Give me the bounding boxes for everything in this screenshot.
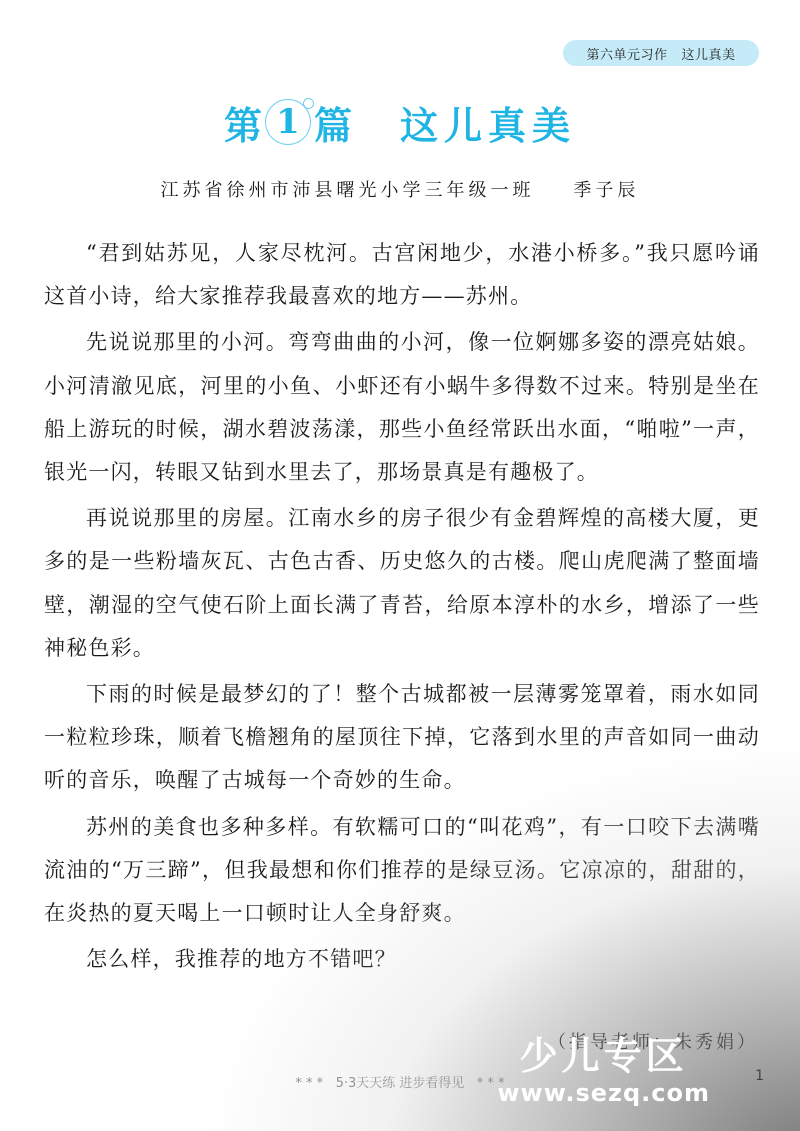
- watermark-name: 少儿专区: [497, 1034, 710, 1078]
- paragraph: 先说说那里的小河。弯弯曲曲的小河，像一位婀娜多姿的漂亮姑娘。小河清澈见底，河里的…: [44, 321, 760, 494]
- article-number: 1: [276, 102, 300, 142]
- title-suffix: 篇: [314, 95, 352, 150]
- page-number: 1: [755, 1068, 764, 1084]
- circle-dot-icon: [303, 98, 314, 109]
- paragraph: 苏州的美食也多种多样。有软糯可口的“叫花鸡”，有一口咬下去满嘴流油的“万三蹄”，…: [44, 806, 760, 936]
- watermark: 少儿专区 www.sezq.com: [497, 1034, 710, 1108]
- paragraph: 下雨的时候是最梦幻的了！整个古城都被一层薄雾笼罩着，雨水如同一粒粒珍珠，顺着飞檐…: [44, 673, 760, 803]
- title-prefix: 第: [224, 95, 262, 150]
- unit-header-badge: 第六单元习作 这儿真美: [563, 40, 759, 66]
- watermark-url: www.sezq.com: [497, 1078, 710, 1108]
- author-line: 江苏省徐州市沛县曙光小学三年级一班 季子辰: [0, 176, 800, 202]
- article-number-circle: 1: [265, 99, 311, 145]
- page-title: 第 1 篇 这儿真美: [0, 92, 800, 152]
- article-body: “君到姑苏见，人家尽枕河。古宫闲地少，水港小桥多。”我只愿吟诵这首小诗，给大家推…: [44, 232, 760, 984]
- paragraph: 再说说那里的房屋。江南水乡的房子很少有金碧辉煌的高楼大厦，更多的是一些粉墙灰瓦、…: [44, 497, 760, 670]
- paragraph: “君到姑苏见，人家尽枕河。古宫闲地少，水港小桥多。”我只愿吟诵这首小诗，给大家推…: [44, 232, 760, 318]
- paragraph: 怎么样，我推荐的地方不错吧？: [44, 938, 760, 981]
- article-title: 这儿真美: [400, 95, 576, 150]
